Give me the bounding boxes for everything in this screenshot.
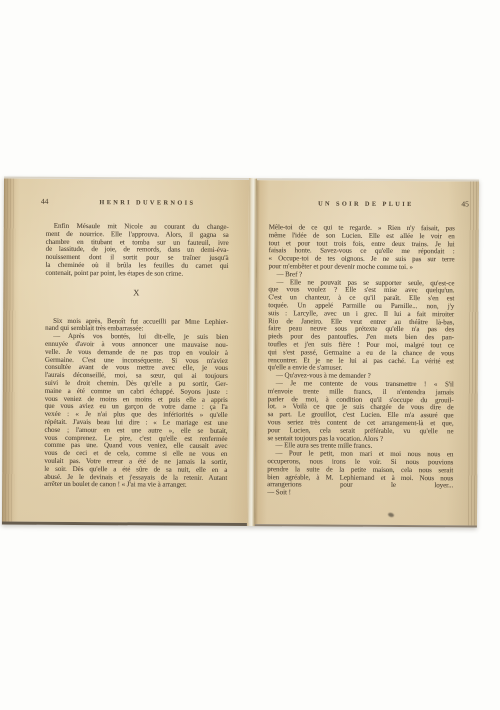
left-page-edge-shadow [2, 179, 16, 522]
text-line: arrangerions pour le loyer... [267, 481, 453, 490]
right-page-body: Mêle-toi de ce qui te regarde. » Rien n'… [267, 224, 455, 498]
right-page: UN SOIR DE PLUIE 45 Mêle-toi de ce qui t… [255, 178, 479, 527]
right-running-head: UN SOIR DE PLUIE 45 [269, 199, 455, 210]
text-line: — Soit ! [267, 489, 453, 498]
left-running-head: 44 HENRI DUVERNOIS [46, 198, 229, 209]
paragraph: Six mois après, Benoît fut accueilli par… [45, 317, 228, 334]
page-number-45: 45 [461, 199, 469, 208]
scan-background: { "document_type": "scanned open book sp… [0, 0, 500, 710]
left-page-text-column: 44 HENRI DUVERNOIS Enfin Mésaule mit Nic… [44, 198, 229, 490]
page-number-44: 44 [41, 197, 49, 206]
paragraph: — Elle ne pouvait pas se supporter seule… [268, 279, 455, 374]
text-line: arrêter un boulet de canon ! « J'ai ma v… [44, 481, 227, 490]
paragraph: Mêle-toi de ce qui te regarde. » Rien n'… [268, 224, 454, 272]
running-title-author: HENRI DUVERNOIS [99, 199, 195, 207]
paragraph: — Après vos bontés, lui dit-elle, je sui… [44, 333, 228, 490]
left-page-body: Enfin Mésaule mit Nicole au courant du c… [44, 223, 229, 490]
right-page-text-column: UN SOIR DE PLUIE 45 Mêle-toi de ce qui t… [267, 199, 455, 498]
chapter-heading: X [45, 286, 228, 297]
paragraph: — Je me contente de vous transmettre ! «… [267, 380, 453, 444]
open-book: 44 HENRI DUVERNOIS Enfin Mésaule mit Nic… [2, 177, 479, 528]
paragraph: Enfin Mésaule mit Nicole au courant du c… [45, 223, 228, 279]
text-line: contenait, point par point, les étapes d… [45, 270, 228, 279]
paragraph: — Pour le petit, mon mari et moi nous no… [267, 450, 453, 498]
left-page: 44 HENRI DUVERNOIS Enfin Mésaule mit Nic… [2, 177, 249, 526]
running-title-book: UN SOIR DE PLUIE [318, 200, 414, 208]
ink-smudge [388, 512, 395, 518]
right-page-edge-stack [468, 181, 479, 525]
